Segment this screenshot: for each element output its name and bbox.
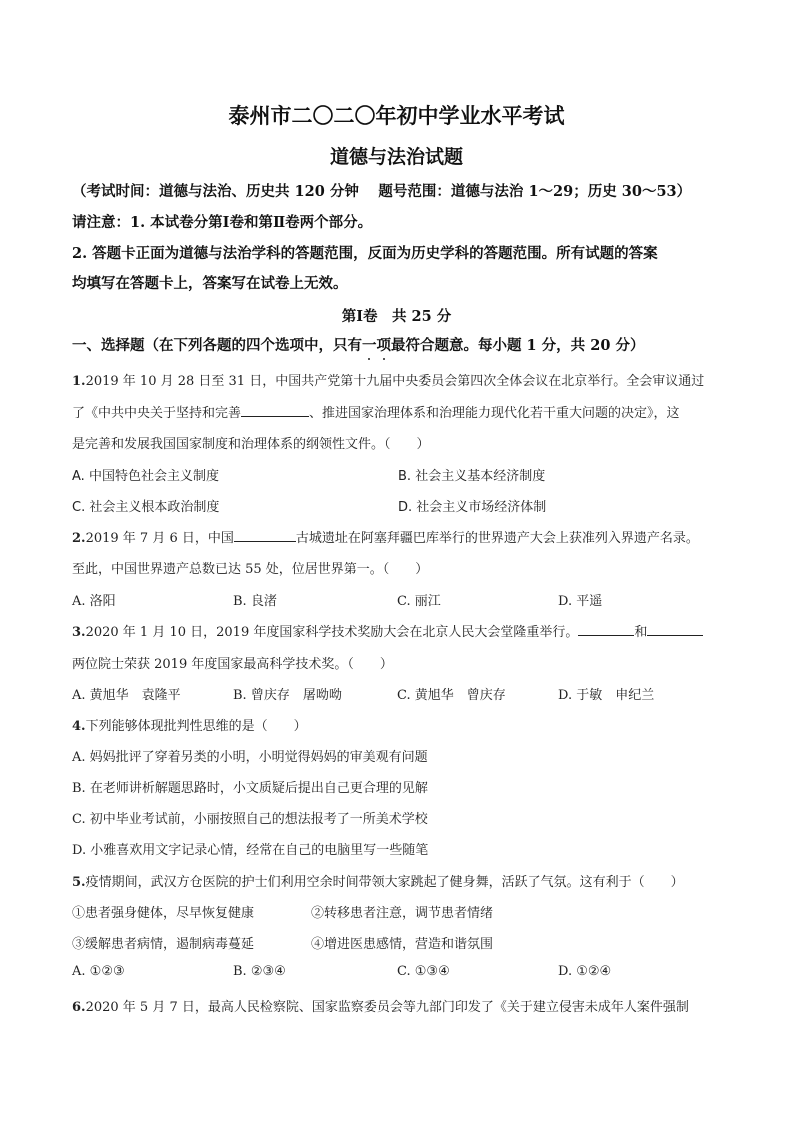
answer-blank — [647, 621, 703, 636]
question-text: 了《中共中央关于坚持和完善 — [72, 406, 241, 421]
statement-1: ①患者强身健体，尽早恢复健康 — [72, 902, 254, 921]
option-text: 妈妈批评了穿着另类的小明，小明觉得妈妈的审美观有问题 — [90, 750, 428, 765]
question-5-line-1: 5.疫情期间，武汉方仓医院的护士们利用空余时间带领大家跳起了健身舞，活跃了气氛。… — [72, 871, 684, 890]
section-title-post: 最符合题意。每小题 1 分，共 20 分） — [391, 337, 644, 354]
option-text: ①②③ — [90, 964, 125, 979]
question-1-line-1: 1.2019 年 10 月 28 日至 31 日，中国共产党第十九届中央委员会第… — [72, 370, 704, 389]
question-5-option-c[interactable]: C. ①③④ — [397, 964, 450, 979]
question-number: 6. — [72, 1000, 86, 1015]
question-2-option-b[interactable]: B. 良渚 — [233, 590, 277, 609]
section-title: 一、选择题（在下列各题的四个选项中，只有一项最符合题意。每小题 1 分，共 20… — [72, 334, 644, 355]
statement-2: ②转移患者注意，调节患者情绪 — [311, 902, 493, 921]
option-text: 曾庆存 屠呦呦 — [251, 688, 342, 703]
question-text: 古城遗址在阿塞拜疆巴库举行的世界遗产大会上获准列入界遗产名录。 — [296, 531, 699, 546]
question-5-option-b[interactable]: B. ②③④ — [233, 964, 286, 979]
option-key: B. — [233, 594, 247, 609]
option-text: 良渚 — [251, 594, 277, 609]
question-1-line-3: 是完善和发展我国国家制度和治理体系的纲领性文件。（ ） — [72, 433, 430, 452]
question-text: 2020 年 5 月 7 日，最高人民检察院、国家监察委员会等九部门印发了《关于… — [86, 1000, 689, 1015]
exam-title: 泰州市二〇二〇年初中学业水平考试 — [0, 100, 793, 130]
question-2-line-2: 至此，中国世界遗产总数已达 55 处，位居世界第一。（ ） — [72, 558, 428, 577]
option-text: 黄旭华 袁隆平 — [90, 688, 181, 703]
section-title-pre: 一、选择题（在下列各题的四个选项中，只有 — [72, 337, 362, 354]
option-text: 社会主义基本经济制度 — [415, 469, 545, 484]
question-number: 5. — [72, 875, 86, 890]
emphasis-char-1: 一 — [362, 334, 377, 355]
question-1-option-b[interactable]: B. 社会主义基本经济制度 — [398, 465, 545, 484]
option-text: 小雅喜欢用文字记录心情，经常在自己的电脑里写一些随笔 — [90, 843, 428, 858]
question-2-option-c[interactable]: C. 丽江 — [397, 590, 441, 609]
option-text: 社会主义根本政治制度 — [89, 500, 219, 515]
question-1-option-d[interactable]: D. 社会主义市场经济体制 — [398, 496, 546, 515]
question-4-line-1: 4.下列能够体现批判性思维的是（ ） — [72, 715, 307, 734]
question-3-option-a[interactable]: A. 黄旭华 袁隆平 — [72, 684, 181, 703]
option-text: ①②④ — [576, 964, 611, 979]
question-2-option-d[interactable]: D. 平遥 — [558, 590, 602, 609]
option-key: B. — [233, 688, 247, 703]
option-text: 在老师讲析解题思路时，小文质疑后提出自己更合理的见解 — [90, 781, 428, 796]
option-key: D. — [558, 964, 572, 979]
question-3-line-2: 两位院士荣获 2019 年度国家最高科学技术奖。（ ） — [72, 653, 393, 672]
question-1-option-a[interactable]: A. 中国特色社会主义制度 — [72, 465, 219, 484]
question-5-option-d[interactable]: D. ①②④ — [558, 964, 611, 979]
question-1-line-2: 了《中共中央关于坚持和完善、推进国家治理体系和治理能力现代化若干重大问题的决定》… — [72, 402, 680, 421]
question-text: 下列能够体现批判性思维的是（ ） — [86, 719, 307, 734]
option-key: D. — [398, 500, 412, 515]
question-number: 1. — [72, 374, 86, 389]
option-text: 中国特色社会主义制度 — [89, 469, 219, 484]
question-text: 2020 年 1 月 10 日，2019 年度国家科学技术奖励大会在北京人民大会… — [86, 625, 579, 640]
option-key: A. — [72, 750, 86, 765]
question-text: 、推进国家治理体系和治理能力现代化若干重大问题的决定》，这 — [309, 406, 680, 421]
question-4-option-c[interactable]: C. 初中毕业考试前，小丽按照自己的想法报考了一所美术学校 — [72, 808, 428, 827]
option-key: C. — [72, 500, 85, 515]
question-text: 2019 年 7 月 6 日，中国 — [86, 531, 234, 546]
option-key: C. — [397, 594, 411, 609]
question-3-option-d[interactable]: D. 于敏 申纪兰 — [558, 684, 654, 703]
question-3-option-b[interactable]: B. 曾庆存 屠呦呦 — [233, 684, 342, 703]
question-number: 3. — [72, 625, 86, 640]
option-text: ①③④ — [415, 964, 450, 979]
option-key: C. — [397, 964, 411, 979]
part1-heading: 第Ⅰ卷 共 25 分 — [0, 305, 793, 326]
option-text: 社会主义市场经济体制 — [416, 500, 546, 515]
statement-3: ③缓解患者病情，遏制病毒蔓延 — [72, 933, 254, 952]
question-text: 和 — [634, 625, 647, 640]
question-4-option-b[interactable]: B. 在老师讲析解题思路时，小文质疑后提出自己更合理的见解 — [72, 777, 428, 796]
notice-1: 请注意：1. 本试卷分第Ⅰ卷和第Ⅱ卷两个部分。 — [72, 211, 372, 232]
option-text: 初中毕业考试前，小丽按照自己的想法报考了一所美术学校 — [90, 812, 428, 827]
question-2-line-1: 2.2019 年 7 月 6 日，中国古城遗址在阿塞拜疆巴库举行的世界遗产大会上… — [72, 527, 699, 546]
question-text: 2019 年 10 月 28 日至 31 日，中国共产党第十九届中央委员会第四次… — [86, 374, 705, 389]
option-key: C. — [397, 688, 411, 703]
statement-4: ④增进医患感情，营造和谐氛围 — [311, 933, 493, 952]
option-text: 黄旭华 曾庆存 — [415, 688, 506, 703]
question-3-option-c[interactable]: C. 黄旭华 曾庆存 — [397, 684, 506, 703]
option-key: A. — [72, 964, 86, 979]
answer-blank — [578, 621, 634, 636]
option-text: 平遥 — [576, 594, 602, 609]
answer-blank — [241, 402, 309, 417]
question-4-option-d[interactable]: D. 小雅喜欢用文字记录心情，经常在自己的电脑里写一些随笔 — [72, 839, 428, 858]
option-key: A. — [72, 594, 86, 609]
option-key: D. — [558, 688, 572, 703]
option-text: 丽江 — [415, 594, 441, 609]
question-number: 4. — [72, 719, 86, 734]
emphasis-char-2: 项 — [377, 334, 392, 355]
option-key: B. — [398, 469, 411, 484]
option-key: B. — [72, 781, 86, 796]
question-6-line-1: 6.2020 年 5 月 7 日，最高人民检察院、国家监察委员会等九部门印发了《… — [72, 996, 689, 1015]
option-text: 于敏 申纪兰 — [576, 688, 654, 703]
question-4-option-a[interactable]: A. 妈妈批评了穿着另类的小明，小明觉得妈妈的审美观有问题 — [72, 746, 428, 765]
question-3-line-1: 3.2020 年 1 月 10 日，2019 年度国家科学技术奖励大会在北京人民… — [72, 621, 703, 640]
option-text: ②③④ — [251, 964, 286, 979]
option-key: D. — [558, 594, 572, 609]
option-key: C. — [72, 812, 86, 827]
question-number: 2. — [72, 531, 86, 546]
answer-blank — [234, 527, 296, 542]
question-5-option-a[interactable]: A. ①②③ — [72, 964, 125, 979]
option-key: B. — [233, 964, 247, 979]
option-key: A. — [72, 469, 85, 484]
notice-2-line2: 均填写在答题卡上，答案写在试卷上无效。 — [72, 272, 348, 293]
question-1-option-c[interactable]: C. 社会主义根本政治制度 — [72, 496, 219, 515]
exam-subtitle: 道德与法治试题 — [0, 142, 793, 169]
option-key: D. — [72, 843, 86, 858]
exam-info: （考试时间：道德与法治、历史共 120 分钟 题号范围：道德与法治 1～29；历… — [72, 180, 691, 201]
option-key: A. — [72, 688, 86, 703]
notice-2-line1: 2. 答题卡正面为道德与法治学科的答题范围，反面为历史学科的答题范围。所有试题的… — [72, 242, 658, 263]
option-text: 洛阳 — [90, 594, 116, 609]
question-2-option-a[interactable]: A. 洛阳 — [72, 590, 116, 609]
question-text: 疫情期间，武汉方仓医院的护士们利用空余时间带领大家跳起了健身舞，活跃了气氛。这有… — [86, 875, 684, 890]
